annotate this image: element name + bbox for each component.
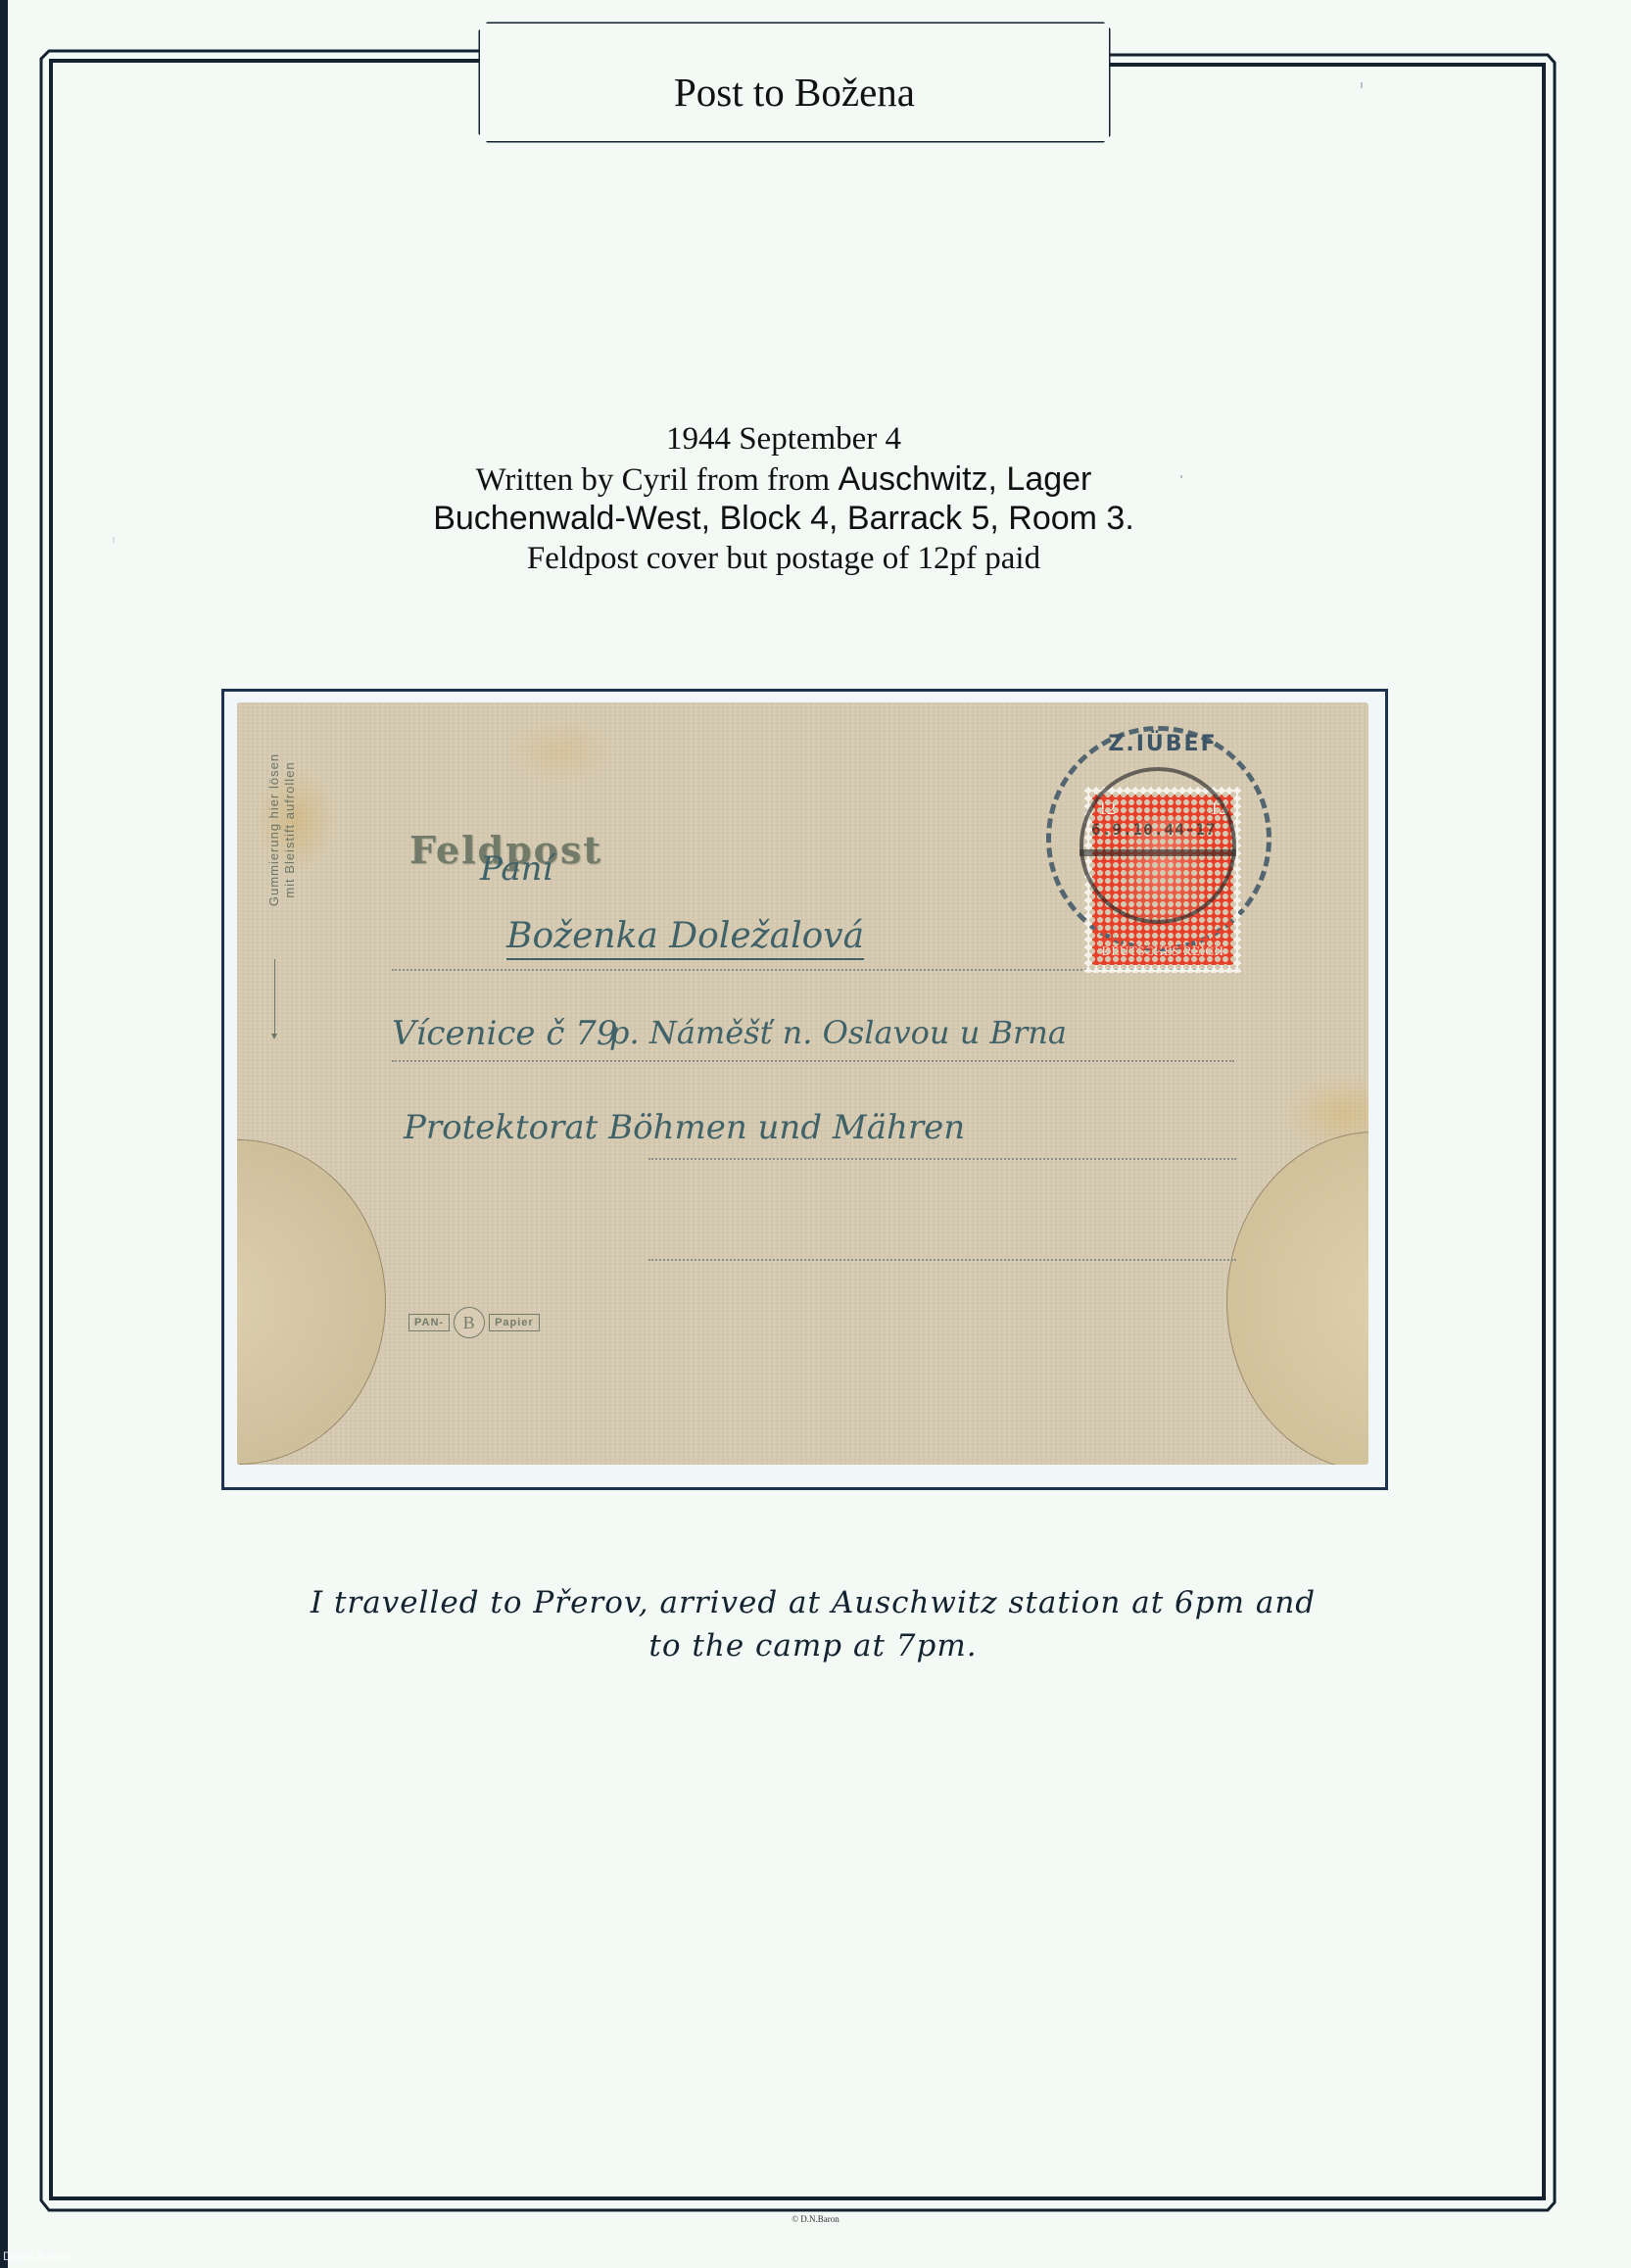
address-salutation: Paní — [480, 849, 552, 889]
description-written-by-serif: Written by Cyril from from — [476, 462, 839, 498]
copyright-notice: © D.N.Baron — [0, 2214, 1631, 2224]
paper-maker-mark: PAN- B Papier — [408, 1312, 540, 1333]
scan-speck — [113, 537, 115, 543]
address-recipient: Boženka Doležalová — [506, 916, 864, 960]
gumming-instruction: Gummierung hier lösen mit Bleistift aufr… — [266, 712, 312, 947]
address-post-office: p. Náměšť n. Oslavou u Brna — [609, 1014, 1067, 1051]
paper-mark-suffix: Papier — [489, 1314, 540, 1331]
description-location: Buchenwald-West, Block 4, Barrack 5, Roo… — [294, 500, 1273, 538]
caption-line-2: to the camp at 7pm. — [196, 1628, 1430, 1664]
left-seal-flap — [237, 1139, 386, 1465]
description-date: 1944 September 4 — [294, 421, 1273, 458]
description-written-by: Written by Cyril from from Auschwitz, La… — [294, 460, 1273, 499]
description-written-by-sans: Auschwitz, Lager — [838, 460, 1091, 498]
postmark-top-text: Z.IÜBEF — [1099, 732, 1226, 756]
stamp-country: DEUTSCHES REICH — [1092, 943, 1233, 959]
postmark-cancel-bar — [1079, 849, 1236, 856]
address-dotted-line — [392, 1060, 1234, 1062]
envelope-frame: Gummierung hier lösen mit Bleistift aufr… — [221, 689, 1388, 1490]
scan-speck — [1361, 82, 1363, 88]
address-region: Protektorat Böhmen und Mähren — [404, 1108, 965, 1147]
description-postage-note: Feldpost cover but postage of 12pf paid — [294, 541, 1273, 577]
caption-line-1: I travelled to Přerov, arrived at Auschw… — [196, 1585, 1430, 1620]
paper-mark-b-circle: B — [454, 1307, 485, 1338]
watermark: Derek Baron — [3, 2249, 69, 2263]
postmark-inner-ring — [1079, 767, 1236, 924]
page-title: Post to Božena — [480, 71, 1109, 114]
feldpost-envelope: Gummierung hier lösen mit Bleistift aufr… — [237, 702, 1368, 1465]
address-dotted-line — [648, 1158, 1236, 1160]
down-arrow-icon — [274, 959, 275, 1037]
gumming-instruction-line1: Gummierung hier lösen — [266, 712, 282, 947]
address-street: Vícenice č 79 — [392, 1014, 617, 1053]
address-dotted-line — [648, 1259, 1236, 1261]
paper-mark-prefix: PAN- — [408, 1314, 450, 1331]
gumming-instruction-line2: mit Bleistift aufrollen — [282, 712, 298, 947]
postmark-date: 6.9.10.44-17 — [1091, 820, 1217, 839]
title-box: Post to Božena — [480, 24, 1109, 141]
right-seal-flap — [1226, 1132, 1368, 1465]
